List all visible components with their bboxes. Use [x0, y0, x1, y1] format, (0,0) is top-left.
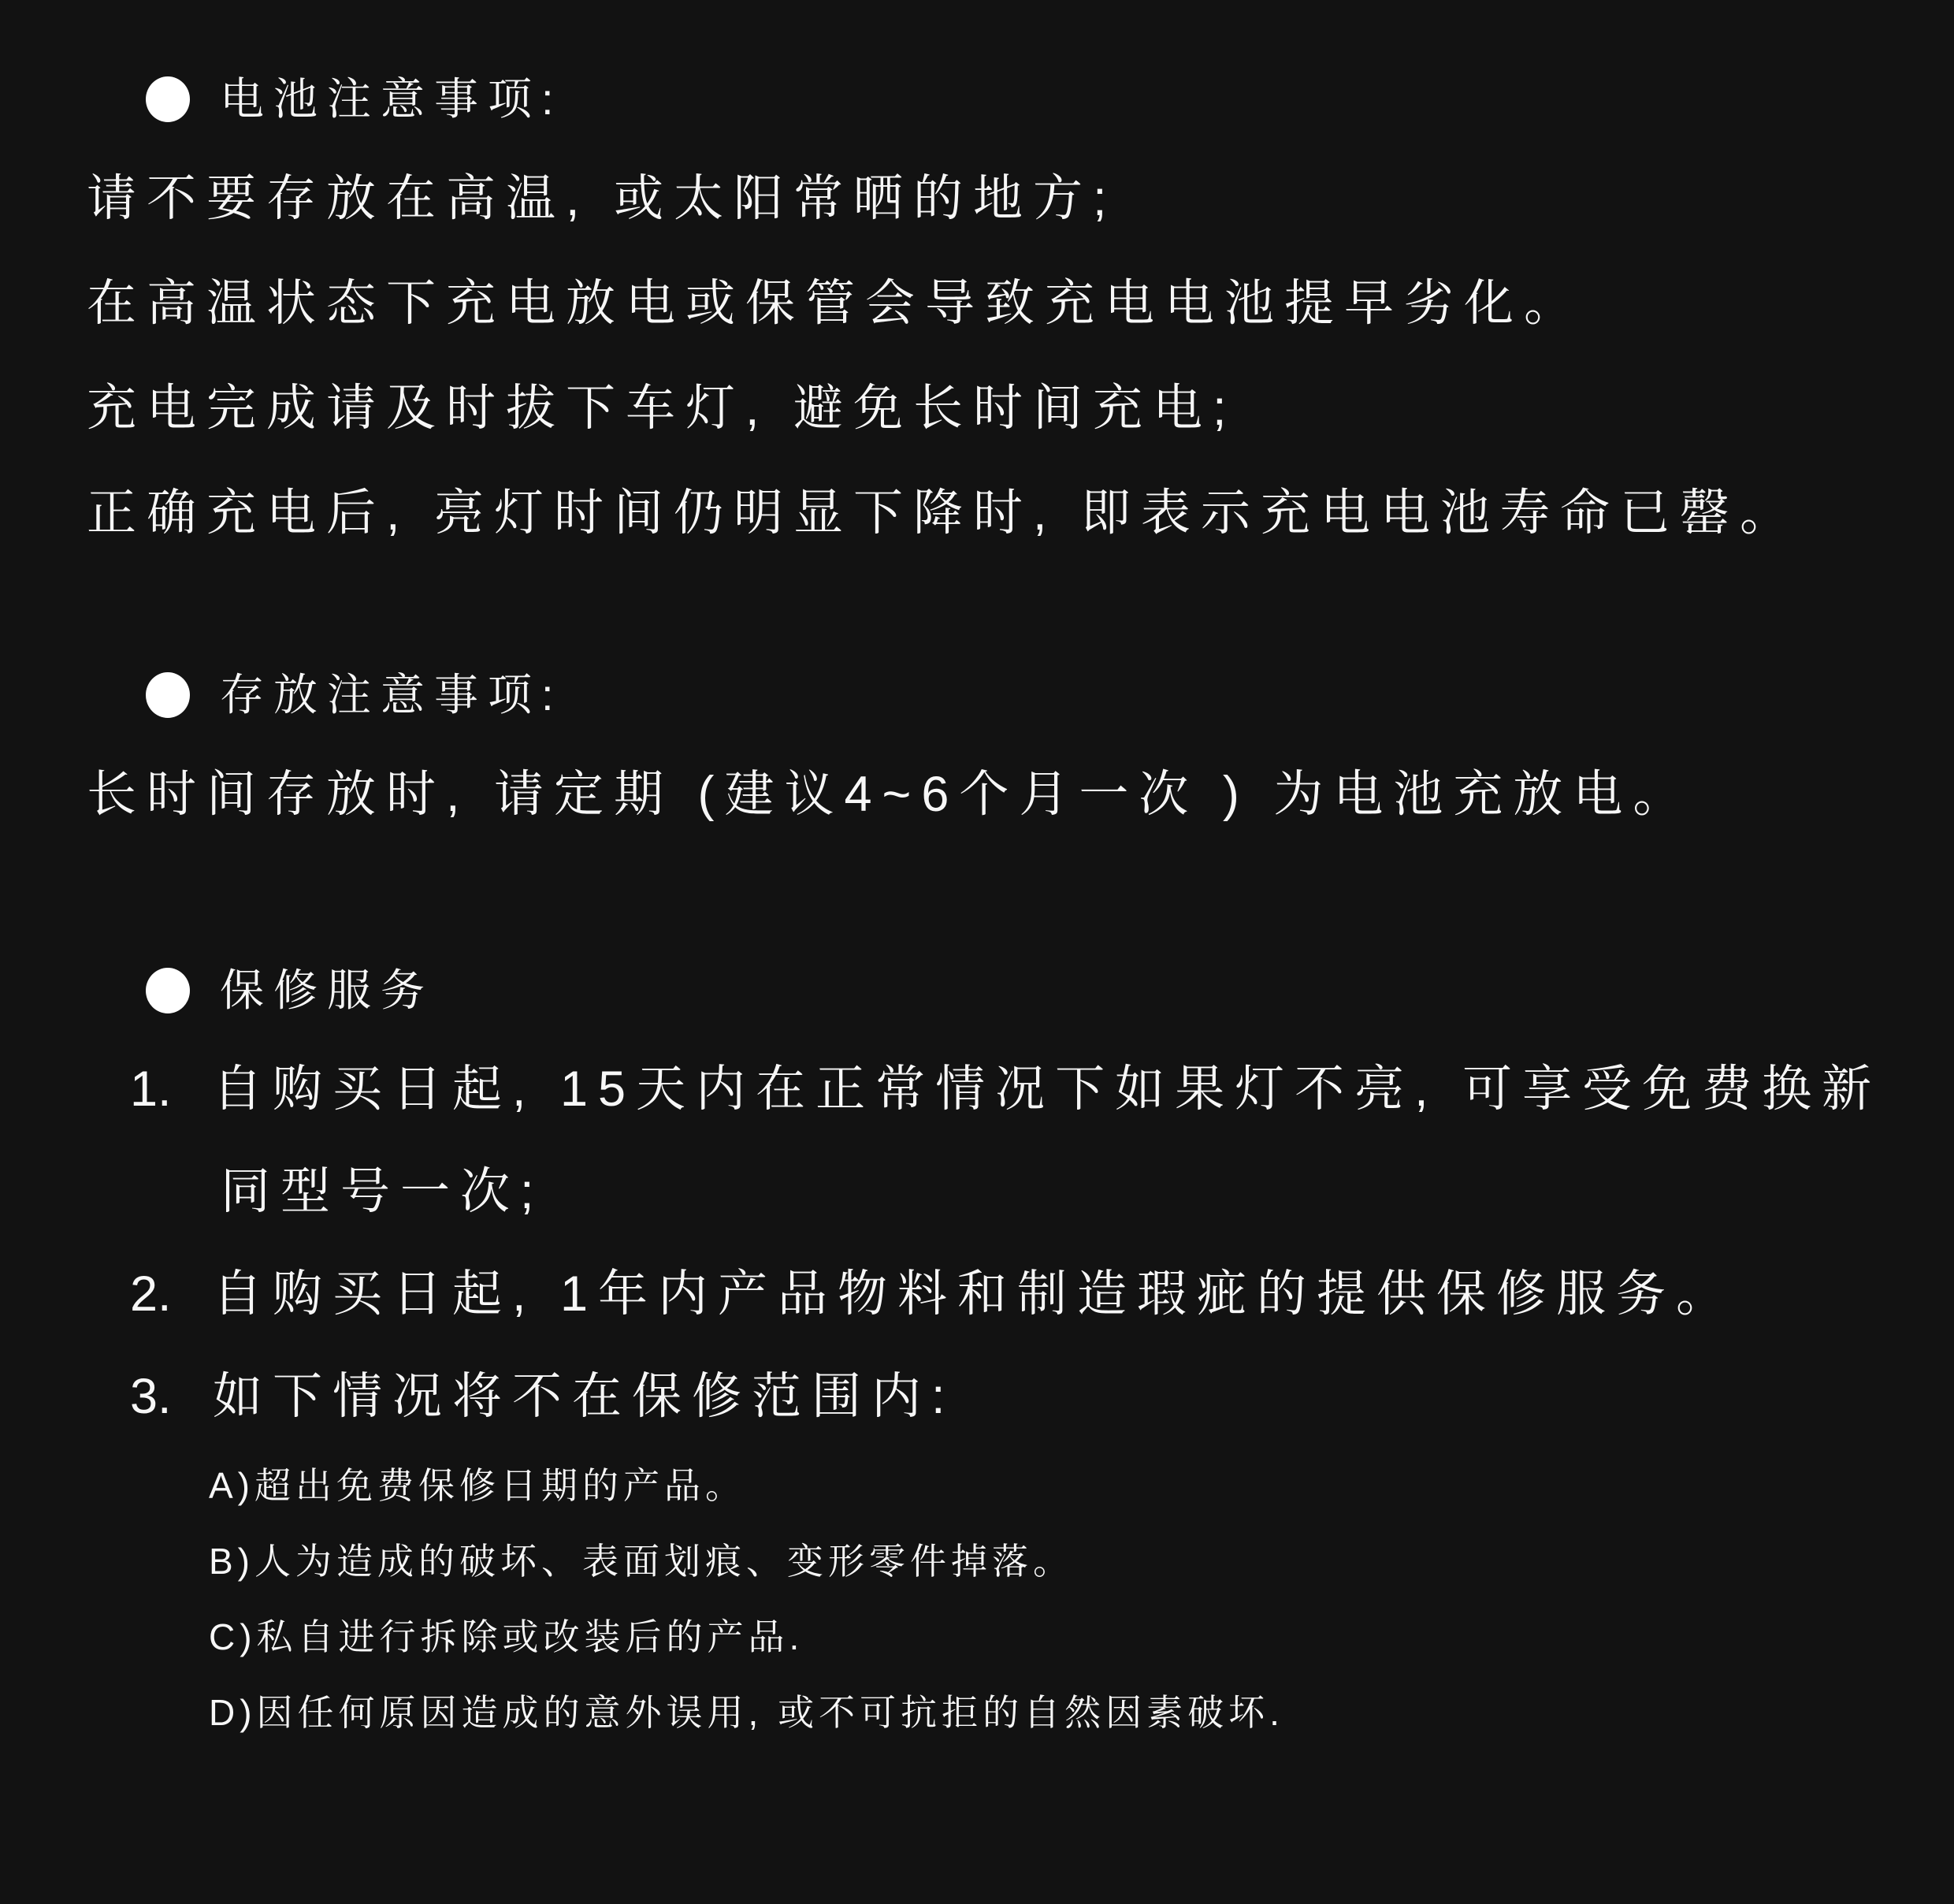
section-storage-title: 存放注意事项: — [146, 648, 1954, 742]
warranty-exclusion-d: D)因任何原因造成的意外误用, 或不可抗拒的自然因素破坏. — [209, 1675, 1954, 1750]
item-text: 自购买日起, 15天内在正常情况下如果灯不亮, 可享受免费换新 — [213, 1038, 1882, 1140]
bullet-icon — [146, 672, 190, 718]
warranty-item-1: 1. 自购买日起, 15天内在正常情况下如果灯不亮, 可享受免费换新 — [130, 1038, 1954, 1140]
section-title-text: 存放注意事项: — [220, 648, 563, 742]
battery-note-line: 在高温状态下充电放电或保管会导致充电电池提早劣化。 — [87, 251, 1954, 356]
item-number: 3. — [130, 1345, 213, 1448]
notice-page: 电池注意事项: 请不要存放在高温, 或太阳常晒的地方; 在高温状态下充电放电或保… — [0, 0, 1954, 1904]
battery-note-line: 正确充电后, 亮灯时间仍明显下降时, 即表示充电电池寿命已罄。 — [87, 461, 1954, 566]
warranty-exclusion-b: B)人为造成的破坏、表面划痕、变形零件掉落。 — [209, 1523, 1954, 1599]
section-title-text: 电池注意事项: — [220, 52, 563, 147]
bullet-icon — [146, 76, 190, 122]
item-text: 自购买日起, 1年内产品物料和制造瑕疵的提供保修服务。 — [213, 1243, 1736, 1345]
section-title-text: 保修服务 — [220, 943, 434, 1038]
item-number: 1. — [130, 1038, 213, 1140]
warranty-exclusion-a: A)超出免费保修日期的产品。 — [209, 1448, 1954, 1523]
section-battery-title: 电池注意事项: — [146, 52, 1954, 147]
bullet-icon — [146, 968, 190, 1013]
battery-note-line: 充电完成请及时拔下车灯, 避免长时间充电; — [87, 356, 1954, 461]
warranty-item-1-continuation: 同型号一次; — [221, 1140, 1954, 1243]
battery-note-line: 请不要存放在高温, 或太阳常晒的地方; — [87, 147, 1954, 251]
warranty-item-3: 3. 如下情况将不在保修范围内: — [130, 1345, 1954, 1448]
section-warranty-title: 保修服务 — [146, 943, 1954, 1038]
warranty-item-2: 2. 自购买日起, 1年内产品物料和制造瑕疵的提供保修服务。 — [130, 1243, 1954, 1345]
storage-note-line: 长时间存放时, 请定期 (建议4~6个月一次 ) 为电池充放电。 — [87, 742, 1954, 847]
warranty-exclusion-c: C)私自进行拆除或改装后的产品. — [209, 1599, 1954, 1675]
item-number: 2. — [130, 1243, 213, 1345]
item-text: 如下情况将不在保修范围内: — [213, 1345, 956, 1448]
